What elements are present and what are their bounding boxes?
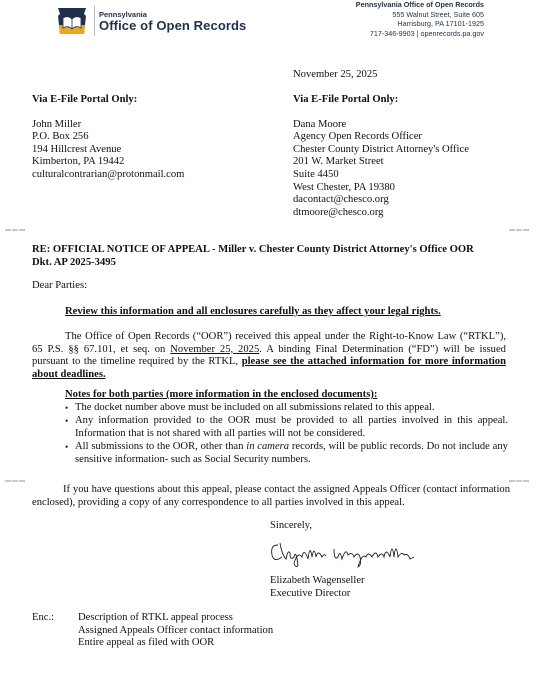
address-line: West Chester, PA 19380 [293,182,469,195]
received-date: November 25, 2025 [170,344,259,355]
address-line: John Miller [32,119,184,132]
paragraph-appeal-received: The Office of Open Records (“OOR”) recei… [32,331,506,381]
address-line: Agency Open Records Officer [293,131,469,144]
delivery-method: Via E-File Portal Only: [293,94,469,107]
enclosure-item: Entire appeal as filed with OOR [78,637,273,650]
notes-section: Notes for both parties (more information… [65,389,508,468]
enclosure-item: Assigned Appeals Officer contact informa… [78,625,273,638]
address-line1: 555 Walnut Street, Suite 605 [356,10,484,20]
paragraph-questions: If you have questions about this appeal,… [32,484,510,509]
margin-marker [5,480,25,482]
legal-warning: Review this information and all enclosur… [65,306,441,319]
delivery-method: Via E-File Portal Only: [32,94,184,107]
salutation: Dear Parties: [32,280,87,293]
email-link[interactable]: culturalcontrarian@protonmail.com [32,169,184,182]
keystone-book-icon [55,4,89,38]
enclosure-item: Description of RTKL appeal process [78,612,273,625]
notes-heading: Notes for both parties (more information… [65,389,508,402]
margin-marker [509,480,529,482]
address-org: Pennsylvania Office of Open Records [356,0,484,10]
address-line: Kimberton, PA 19442 [32,156,184,169]
margin-marker [509,229,529,231]
address-line: P.O. Box 256 [32,131,184,144]
email-link[interactable]: dtmoore@chesco.org [293,207,469,220]
address-line: Dana Moore [293,119,469,132]
logo-divider [94,6,95,36]
valediction: Sincerely, [270,520,312,533]
note-item: The docket number above must be included… [65,402,508,415]
enclosures-label: Enc.: [32,612,54,625]
recipient-right: Via E-File Portal Only: Dana Moore Agenc… [293,94,469,219]
letter-date: November 25, 2025 [293,69,377,82]
contact-line: 717-346-9903 | openrecords.pa.gov [356,29,484,39]
signatory-name: Elizabeth Wagenseller [270,575,365,588]
subject-line: RE: OFFICIAL NOTICE OF APPEAL - Miller v… [32,244,512,269]
margin-marker [5,229,25,231]
address-line: Suite 4450 [293,169,469,182]
address-line2: Harrisburg, PA 17101-1925 [356,19,484,29]
note-item: Any information provided to the OOR must… [65,415,508,440]
letterhead-address: Pennsylvania Office of Open Records 555 … [356,0,484,38]
org-name: Office of Open Records [99,18,246,33]
address-line: 194 Hillcrest Avenue [32,144,184,157]
subject-line2: Dkt. AP 2025-3495 [32,257,512,270]
signatory-title: Executive Director [270,588,365,601]
email-link[interactable]: dacontact@chesco.org [293,194,469,207]
signatory: Elizabeth Wagenseller Executive Director [270,575,365,600]
enclosures-list: Description of RTKL appeal process Assig… [78,612,273,650]
note-item: All submissions to the OOR, other than i… [65,441,508,466]
signature-image [268,535,428,573]
subject-line1: RE: OFFICIAL NOTICE OF APPEAL - Miller v… [32,244,512,257]
address-line: 201 W. Market Street [293,156,469,169]
recipient-left: Via E-File Portal Only: John Miller P.O.… [32,94,184,182]
address-line: Chester County District Attorney's Offic… [293,144,469,157]
